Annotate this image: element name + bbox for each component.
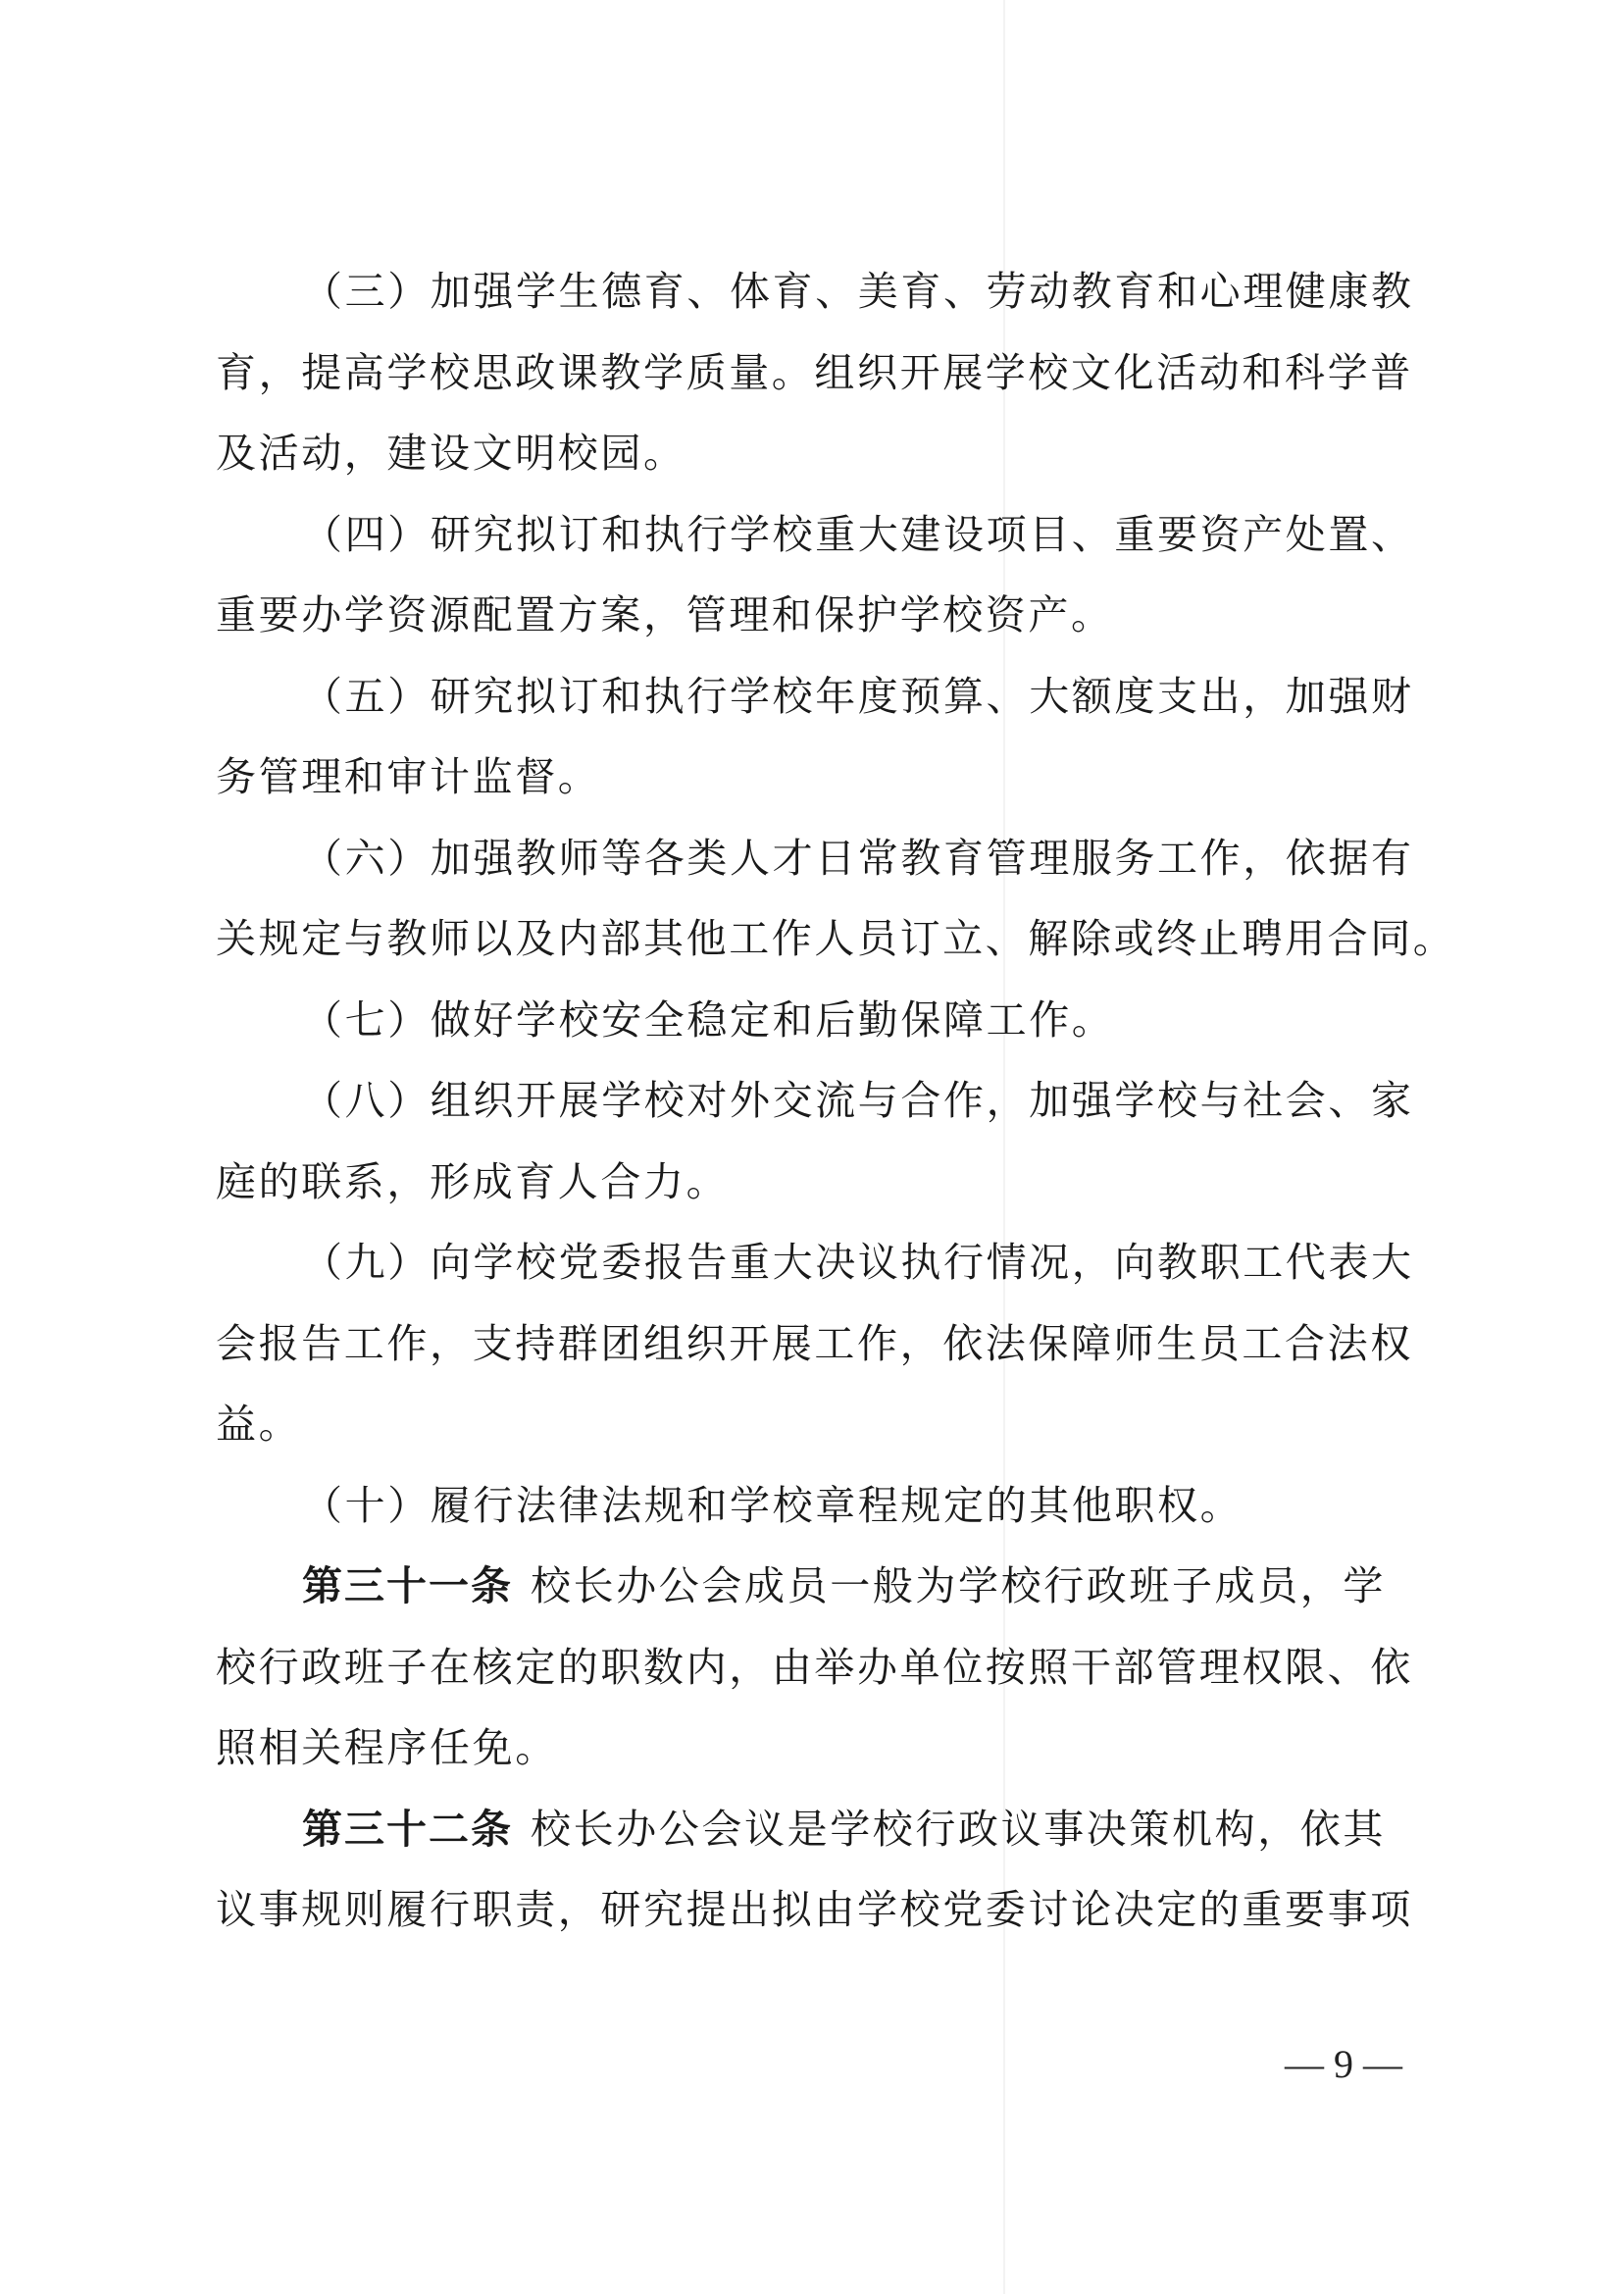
line-text: （六）加强教师等各类人才日常教育管理服务工作，依据有 bbox=[302, 835, 1414, 882]
text-line: 庭的联系，形成育人合力。 bbox=[216, 1142, 1424, 1223]
line-text: 重要办学资源配置方案，管理和保护学校资产。 bbox=[216, 591, 1114, 638]
text-line: 会报告工作，支持群团组织开展工作，依法保障师生员工合法权 bbox=[216, 1303, 1424, 1385]
line-text: （十）履行法律法规和学校章程规定的其他职权。 bbox=[302, 1482, 1243, 1529]
line-text: （四）研究拟订和执行学校重大建设项目、重要资产处置、 bbox=[302, 511, 1414, 558]
text-line: （六）加强教师等各类人才日常教育管理服务工作，依据有 bbox=[216, 818, 1424, 899]
text-line: 益。 bbox=[216, 1384, 1424, 1465]
line-text: 益。 bbox=[216, 1401, 301, 1448]
text-line: （九）向学校党委报告重大决议执行情况，向教职工代表大 bbox=[216, 1222, 1424, 1303]
text-line: （八）组织开展学校对外交流与合作，加强学校与社会、家 bbox=[216, 1060, 1424, 1142]
line-text: 关规定与教师以及内部其他工作人员订立、解除或终止聘用合同。 bbox=[216, 915, 1455, 962]
text-line: 校行政班子在核定的职数内，由举办单位按照干部管理权限、依 bbox=[216, 1627, 1424, 1708]
article-number: 第三十二条 bbox=[302, 1806, 513, 1853]
line-text: （八）组织开展学校对外交流与合作，加强学校与社会、家 bbox=[302, 1077, 1414, 1124]
text-line: 议事规则履行职责，研究提出拟由学校党委讨论决定的重要事项 bbox=[216, 1869, 1424, 1951]
text-line: （十）履行法律法规和学校章程规定的其他职权。 bbox=[216, 1465, 1424, 1547]
article-31-line: 第三十一条校长办公会成员一般为学校行政班子成员，学 bbox=[216, 1546, 1424, 1627]
page-number: — 9 — bbox=[1285, 2040, 1402, 2089]
text-line: （三）加强学生德育、体育、美育、劳动教育和心理健康教 bbox=[216, 251, 1424, 332]
line-text: 庭的联系，形成育人合力。 bbox=[216, 1158, 729, 1205]
text-line: 务管理和审计监督。 bbox=[216, 737, 1424, 818]
text-line: 育，提高学校思政课教学质量。组织开展学校文化活动和科学普 bbox=[216, 332, 1424, 414]
line-text: 校长办公会议是学校行政议事决策机构，依其 bbox=[531, 1806, 1386, 1853]
line-text: 校长办公会成员一般为学校行政班子成员，学 bbox=[531, 1562, 1386, 1609]
line-text: 照相关程序任免。 bbox=[216, 1724, 558, 1771]
line-text: （五）研究拟订和执行学校年度预算、大额度支出，加强财 bbox=[302, 673, 1414, 720]
text-line: 重要办学资源配置方案，管理和保护学校资产。 bbox=[216, 575, 1424, 656]
line-text: 校行政班子在核定的职数内，由举办单位按照干部管理权限、依 bbox=[216, 1644, 1413, 1691]
line-text: （九）向学校党委报告重大决议执行情况，向教职工代表大 bbox=[302, 1239, 1414, 1286]
line-text: 议事规则履行职责，研究提出拟由学校党委讨论决定的重要事项 bbox=[216, 1886, 1413, 1933]
text-line: 照相关程序任免。 bbox=[216, 1708, 1424, 1789]
document-body: （三）加强学生德育、体育、美育、劳动教育和心理健康教 育，提高学校思政课教学质量… bbox=[216, 251, 1424, 1951]
text-line: 及活动，建设文明校园。 bbox=[216, 413, 1424, 494]
text-line: （七）做好学校安全稳定和后勤保障工作。 bbox=[216, 980, 1424, 1061]
text-line: 关规定与教师以及内部其他工作人员订立、解除或终止聘用合同。 bbox=[216, 898, 1424, 980]
text-line: （五）研究拟订和执行学校年度预算、大额度支出，加强财 bbox=[216, 656, 1424, 738]
article-number: 第三十一条 bbox=[302, 1562, 513, 1609]
line-text: 会报告工作，支持群团组织开展工作，依法保障师生员工合法权 bbox=[216, 1320, 1413, 1367]
article-32-line: 第三十二条校长办公会议是学校行政议事决策机构，依其 bbox=[216, 1789, 1424, 1870]
line-text: 育，提高学校思政课教学质量。组织开展学校文化活动和科学普 bbox=[216, 349, 1413, 396]
line-text: （七）做好学校安全稳定和后勤保障工作。 bbox=[302, 996, 1114, 1044]
text-line: （四）研究拟订和执行学校重大建设项目、重要资产处置、 bbox=[216, 494, 1424, 576]
line-text: 务管理和审计监督。 bbox=[216, 753, 600, 800]
line-text: （三）加强学生德育、体育、美育、劳动教育和心理健康教 bbox=[302, 268, 1414, 315]
line-text: 及活动，建设文明校园。 bbox=[216, 430, 686, 477]
